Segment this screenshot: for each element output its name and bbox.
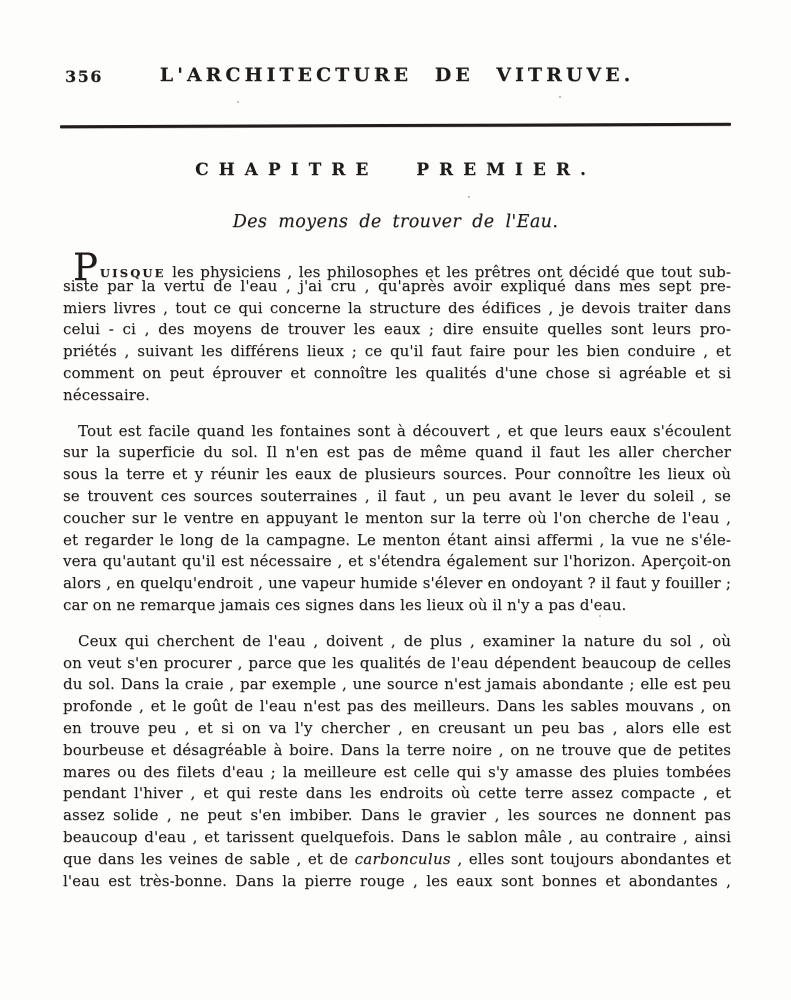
text-line: sur la superficie du sol. Il n'en est pa… — [63, 442, 731, 464]
text-line: l'eau est très-bonne. Dans la pierre rou… — [63, 871, 731, 893]
scan-speck — [559, 96, 561, 98]
text-line: assez solide , ne peut s'en imbiber. Dan… — [63, 805, 731, 827]
running-header: 356 L'ARCHITECTURE DE VITRUVE. — [63, 64, 731, 88]
text-line: du sol. Dans la craie , par exemple , un… — [63, 674, 731, 696]
drop-cap-initial: P — [63, 246, 100, 289]
text-line: Ceux qui cherchent de l'eau , doivent , … — [63, 631, 731, 653]
paragraph: Tout est facile quand les fontaines sont… — [63, 421, 731, 617]
text-line: siste par la vertu de l'eau , j'ai cru ,… — [63, 276, 731, 298]
text-line: nécessaire. — [63, 385, 731, 407]
text-line: sous la terre et y réunir les eaux de pl… — [63, 464, 731, 486]
header-rule — [60, 123, 731, 128]
text-line: comment on peut éprouver et connoître le… — [63, 363, 731, 385]
paragraph: PUISQUE les physiciens , les philosophes… — [63, 254, 731, 407]
text-line: mares ou des filets d'eau ; la meilleure… — [63, 762, 731, 784]
page-number: 356 — [65, 67, 103, 86]
text-line: profonde , et le goût de l'eau n'est pas… — [63, 696, 731, 718]
text-line: se trouvent ces sources souterraines , i… — [63, 486, 731, 508]
scan-speck — [468, 196, 470, 198]
chapter-subtitle: Des moyens de trouver de l'Eau. — [0, 212, 791, 232]
page-body: PUISQUE les physiciens , les philosophes… — [63, 254, 731, 906]
text-line: miers livres , tout ce qui concerne la s… — [63, 298, 731, 320]
running-title: L'ARCHITECTURE DE VITRUVE. — [63, 64, 731, 86]
text-line: que dans les veines de sable , et de car… — [63, 849, 731, 871]
text-line: et regarder le long de la campagne. Le m… — [63, 530, 731, 552]
text-line: Tout est facile quand les fontaines sont… — [63, 421, 731, 443]
text-line: car on ne remarque jamais ces signes dan… — [63, 595, 731, 617]
text-line: en trouve peu , et si on va l'y chercher… — [63, 718, 731, 740]
text-line: on veut s'en procurer , parce que les qu… — [63, 653, 731, 675]
text-line: celui - ci , des moyens de trouver les e… — [63, 319, 731, 341]
text-line: bourbeuse et désagréable à boire. Dans l… — [63, 740, 731, 762]
text-line: coucher sur le ventre en appuyant le men… — [63, 508, 731, 530]
scan-speck — [599, 615, 601, 617]
text-line: pendant l'hiver , et qui reste dans les … — [63, 783, 731, 805]
paragraph: Ceux qui cherchent de l'eau , doivent , … — [63, 631, 731, 893]
text-line: PUISQUE les physiciens , les philosophes… — [63, 254, 731, 276]
text-line: beaucoup d'eau , et tarissent quelquefoi… — [63, 827, 731, 849]
chapter-heading: CHAPITRE PREMIER. — [0, 160, 791, 180]
text-line: priétés , suivant les différens lieux ; … — [63, 341, 731, 363]
text-line: alors , en quelqu'endroit , une vapeur h… — [63, 573, 731, 595]
text-line: vera qu'autant qu'il est nécessaire , et… — [63, 551, 731, 573]
book-page-scan: 356 L'ARCHITECTURE DE VITRUVE. CHAPITRE … — [0, 0, 791, 1000]
scan-speck — [237, 101, 239, 103]
